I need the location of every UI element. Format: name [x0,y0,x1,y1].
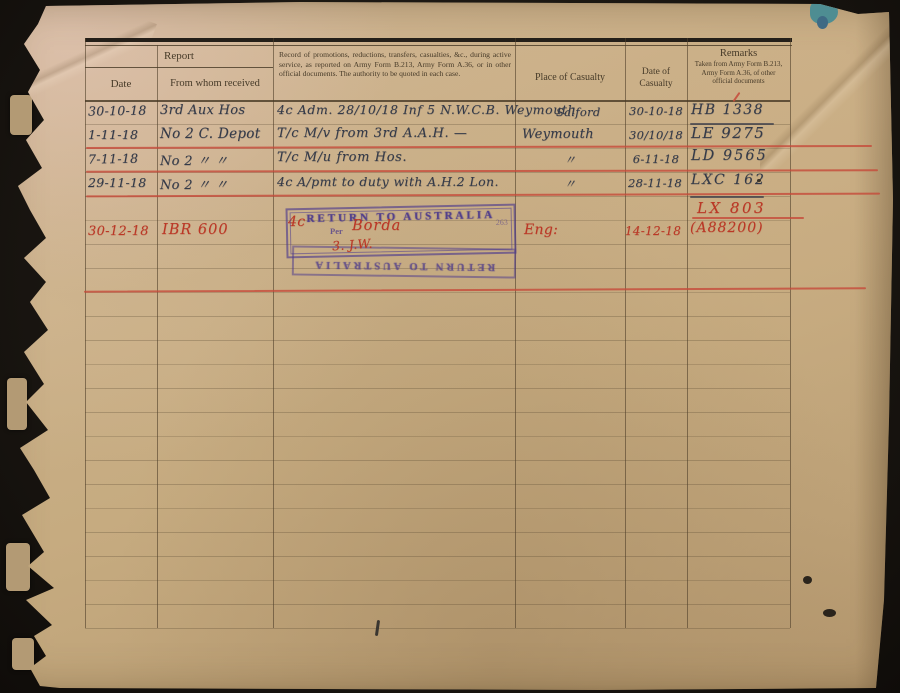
table-top-rule [85,45,792,46]
entry-place: Weymouth [522,127,594,142]
binding-stub [7,378,27,430]
report-sub-rule [85,67,273,68]
entry-record: 4c A/pmt to duty with A.H.2 Lon. [277,174,499,189]
stamp-text-bottom-inverted: RETURN TO AUSTRALIA [294,258,514,272]
grid-hline [85,340,790,341]
grid-hline [85,388,790,389]
entry-place: 〃 [515,151,625,168]
grid-hline [85,484,790,485]
entry-remarks: LD 9565 [691,148,768,164]
ink-speck [757,179,761,182]
grid-vline [515,38,516,628]
grid-hline [85,460,790,461]
entry-casualty-date: 30-10-18 [627,104,685,118]
paper-hole [803,576,812,584]
header-place: Place of Casualty [515,72,625,83]
entry-place: 〃 [515,175,625,192]
header-report: Report [85,50,273,62]
grid-hline [85,628,790,629]
table-top-border [85,38,792,42]
entry-from: No 2 〃 〃 [160,174,228,193]
entry-casualty-date: 30/10/18 [627,128,685,142]
paper-sheet: Report Date From whom received Record of… [0,0,900,693]
grid-hline [85,316,790,317]
ink-underline [690,196,764,198]
header-from-whom: From whom received [157,78,273,89]
grid-vline [625,38,626,628]
grid-hline [85,508,790,509]
header-date: Date [85,78,157,90]
stamp-initials: 3. J.W. [332,236,374,254]
stamp-per-label: Per [330,226,343,236]
entry-place: Salford [556,105,601,119]
header-date-casualty: Date of Casualty [629,66,683,90]
header-remarks-sub: Taken from Army Form B.213, Army Form A.… [692,60,785,86]
paper-hole [823,609,836,617]
stamp-smudge: 263 [496,218,508,227]
grid-hline [85,436,790,437]
grid-hline [85,532,790,533]
entry-date: 30-10-18 [88,102,154,118]
grid-vline [273,38,274,628]
entry-from: No 2 〃 〃 [160,150,228,169]
grid-hline [85,580,790,581]
grid-hline [85,412,790,413]
red-underline-lx803 [692,217,804,219]
return-to-australia-stamp-inverted: RETURN TO AUSTRALIA [292,245,516,278]
binding-stub [12,638,34,670]
entry-record: T/c M/v from 3rd A.A.H. — [277,126,468,141]
binding-stub [6,543,30,591]
entry-from: 3rd Aux Hos [160,103,245,118]
teal-tape-shadow [817,16,828,29]
red-corner-mark [25,0,44,11]
entry-casualty-date: 28-11-18 [624,176,686,190]
binding-stub [10,95,32,135]
header-record: Record of promotions, reductions, transf… [279,50,511,79]
grid-vline [790,38,791,628]
entry-date: 30-12-18 [88,224,160,239]
entry-remarks: LE 9275 [691,124,765,142]
entry-date: 1-11-18 [88,127,154,142]
entry-record: 4c Adm. 28/10/18 Inf 5 N.W.C.B. Weymouth [277,102,576,117]
entry-remarks: (A88200) [690,220,764,236]
grid-hline [85,124,790,125]
entry-from: IBR 600 [162,222,229,238]
entry-date: 7-11-18 [88,150,154,166]
grid-hline [85,604,790,605]
grid-hline [85,556,790,557]
grid-vline [85,38,86,628]
entry-date: 29-11-18 [88,175,158,190]
entry-remarks: HB 1338 [691,102,764,118]
entry-casualty-date: 6-11-18 [627,152,685,166]
scanned-document-scene: Report Date From whom received Record of… [0,0,900,693]
entry-place: Eng: [524,222,558,238]
entry-record: T/c M/u from Hos. [277,150,407,165]
entry-from: No 2 C. Depot [160,126,260,142]
grid-vline [157,45,158,628]
extra-remark-lx803: LX 803 [697,199,766,217]
entry-casualty-date: 14-12-18 [620,224,686,238]
entry-remarks: LXC 162 [691,172,766,188]
grid-hline [85,364,790,365]
header-remarks-title: Remarks [687,48,790,59]
stamp-ship-name: Borda [352,218,401,234]
grid-vline [687,38,688,628]
